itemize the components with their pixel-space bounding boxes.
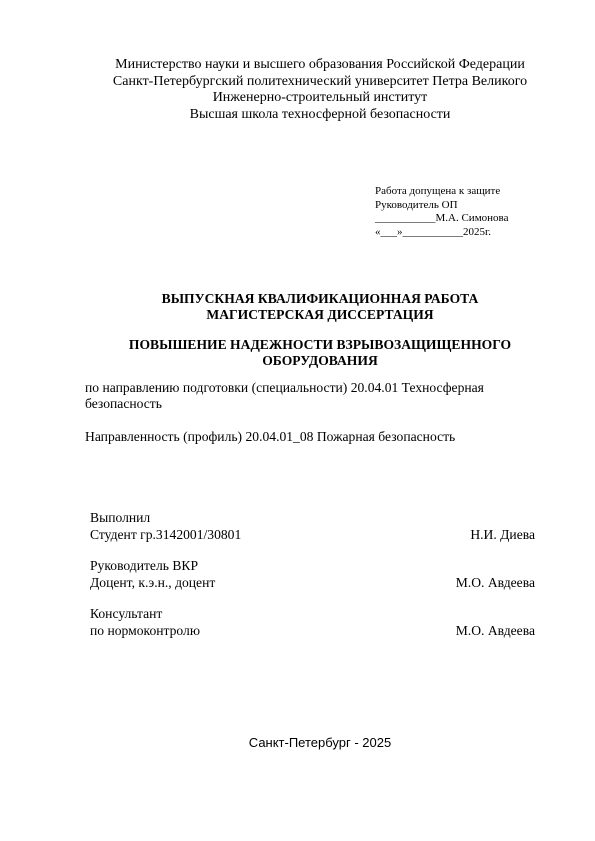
- city-year-footer: Санкт-Петербург - 2025: [0, 735, 595, 751]
- approval-date: «___»___________2025г.: [375, 226, 508, 240]
- approval-block: Работа допущена к защите Руководитель ОП…: [375, 185, 508, 239]
- signature-role: Консультант: [90, 606, 535, 623]
- study-profile: Направленность (профиль) 20.04.01_08 Пож…: [85, 429, 455, 445]
- thesis-topic: ПОВЫШЕНИЕ НАДЕЖНОСТИ ВЗРЫВОЗАЩИЩЕННОГО О…: [0, 337, 595, 368]
- university-line: Санкт-Петербургский политехнический унив…: [0, 74, 595, 91]
- institute-line: Инженерно-строительный институт: [0, 90, 595, 107]
- signature-name: М.О. Авдеева: [456, 623, 535, 640]
- approval-role: Руководитель ОП: [375, 199, 508, 213]
- signature-name: Н.И. Диева: [470, 527, 535, 544]
- signature-name: М.О. Авдеева: [456, 575, 535, 592]
- school-line: Высшая школа техносферной безопасности: [0, 107, 595, 124]
- approval-status: Работа допущена к защите: [375, 185, 508, 199]
- signatures-block: Выполнил Студент гр.3142001/30801 Н.И. Д…: [90, 510, 535, 654]
- approval-signature: ___________М.А. Симонова: [375, 212, 508, 226]
- signature-position: Студент гр.3142001/30801: [90, 527, 535, 544]
- signature-consultant: Консультант по нормоконтролю М.О. Авдеев…: [90, 606, 535, 639]
- signature-role: Выполнил: [90, 510, 535, 527]
- signature-supervisor: Руководитель ВКР Доцент, к.э.н., доцент …: [90, 558, 535, 591]
- topic-line: ПОВЫШЕНИЕ НАДЕЖНОСТИ ВЗРЫВОЗАЩИЩЕННОГО: [0, 337, 595, 353]
- signature-role: Руководитель ВКР: [90, 558, 535, 575]
- study-direction: по направлению подготовки (специальности…: [85, 380, 555, 412]
- signature-student: Выполнил Студент гр.3142001/30801 Н.И. Д…: [90, 510, 535, 543]
- ministry-line: Министерство науки и высшего образования…: [0, 57, 595, 74]
- work-type-line: МАГИСТЕРСКАЯ ДИССЕРТАЦИЯ: [0, 307, 595, 323]
- titles-block: ВЫПУСКНАЯ КВАЛИФИКАЦИОННАЯ РАБОТА МАГИСТ…: [0, 291, 595, 383]
- title-page: Министерство науки и высшего образования…: [0, 0, 595, 841]
- topic-line: ОБОРУДОВАНИЯ: [0, 353, 595, 369]
- work-type-line: ВЫПУСКНАЯ КВАЛИФИКАЦИОННАЯ РАБОТА: [0, 291, 595, 307]
- work-type: ВЫПУСКНАЯ КВАЛИФИКАЦИОННАЯ РАБОТА МАГИСТ…: [0, 291, 595, 322]
- institution-header: Министерство науки и высшего образования…: [0, 57, 595, 123]
